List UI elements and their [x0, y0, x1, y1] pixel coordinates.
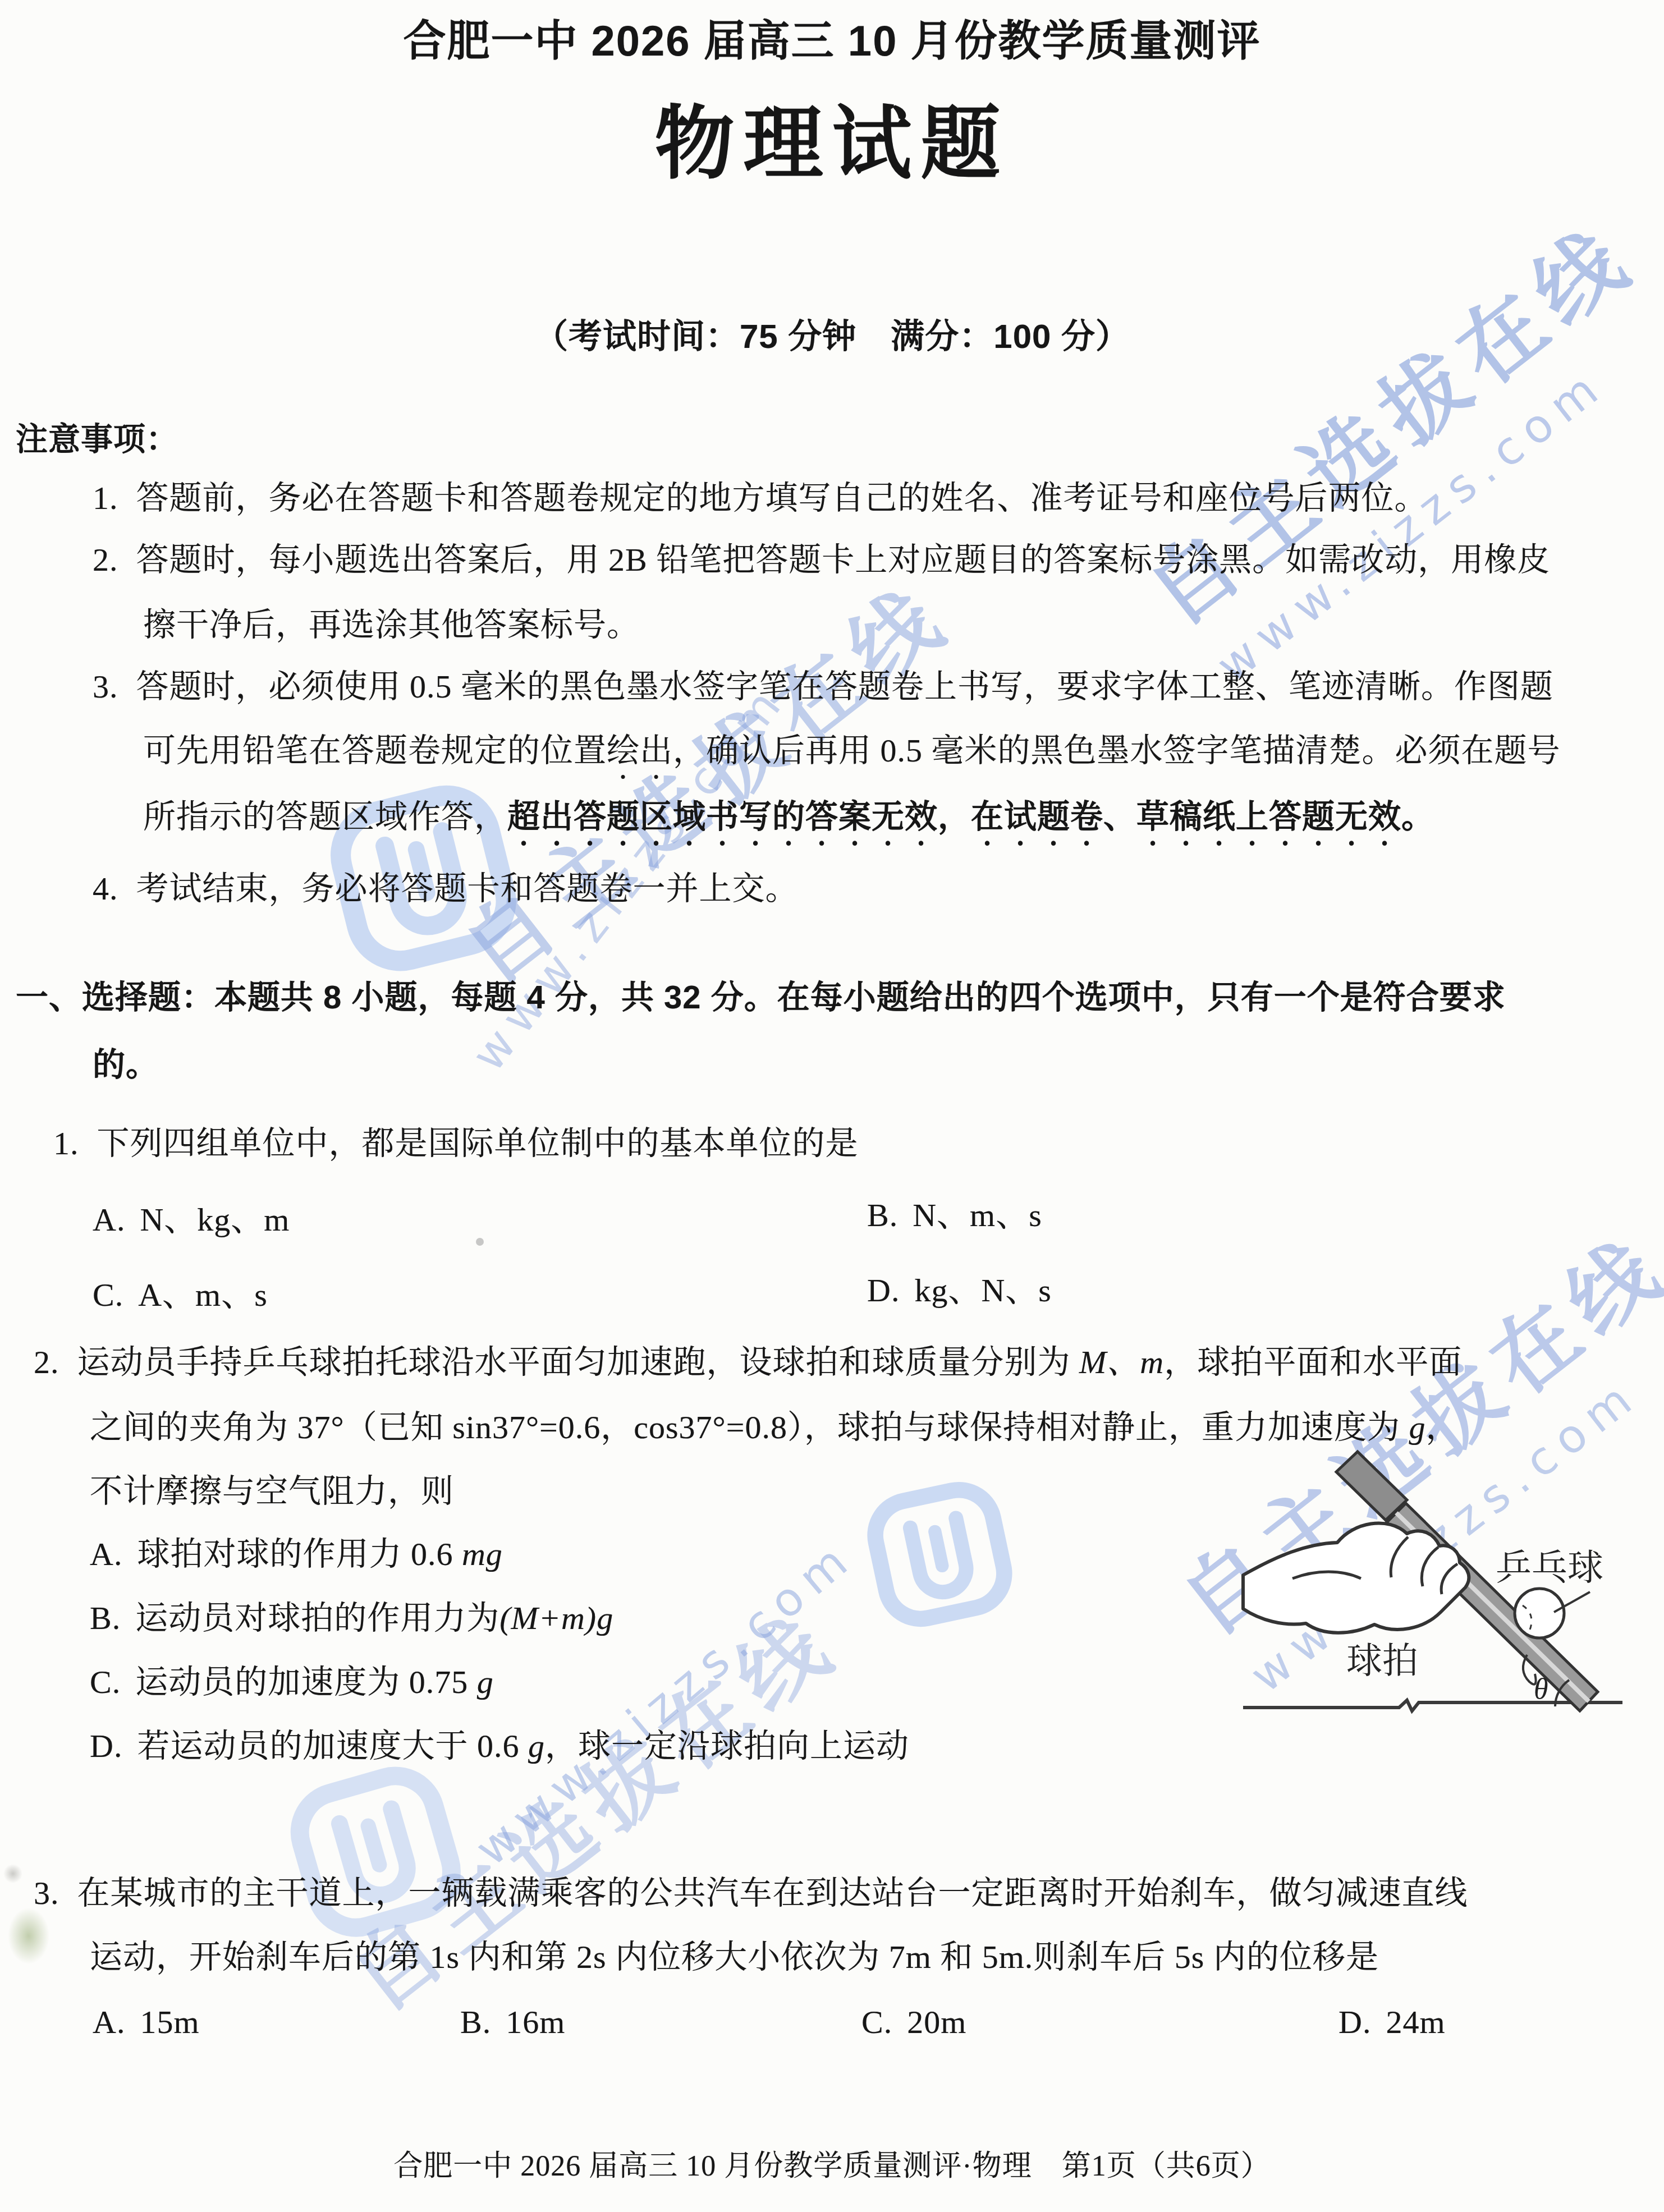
zizzs-logo-icon — [851, 1457, 1029, 1654]
option-a-text: N、kg、m — [140, 1201, 290, 1238]
scan-speck — [476, 1238, 484, 1246]
question-3-text-1: 在某城市的主干道上，一辆载满乘客的公共汽车在到达站台一定距离时开始刹车，做匀减速… — [77, 1875, 1468, 1911]
option-d-text: 若运动员的加速度大于 0.6 — [137, 1728, 528, 1764]
option-b-label: B. — [460, 2002, 491, 2043]
figure-paddle-label: 球拍 — [1346, 1641, 1418, 1681]
question-3-option-d: D.24m — [1338, 2002, 1446, 2043]
page-footer: 合肥一中 2026 届高三 10 月份教学质量测评·物理 第1页（共6页） — [0, 2148, 1664, 2185]
option-a-label: A. — [93, 1200, 125, 1241]
question-2-stem-line-3: 不计摩擦与空气阻力，则 — [90, 1471, 454, 1512]
question-3-stem-line-2: 运动，开始刹车后的第 1s 内和第 2s 内位移大小依次为 7m 和 5m.则刹… — [90, 1937, 1379, 1978]
option-d-text-2: ，球一定沿球拍向上运动 — [545, 1728, 909, 1764]
question-2-option-a: A.球拍对球的作用力 0.6 mg — [90, 1534, 503, 1575]
notice-1-number: 1. — [93, 478, 118, 519]
option-d-text: kg、N、s — [914, 1272, 1051, 1309]
option-c-text: 20m — [907, 2004, 966, 2040]
notice-4-number: 4. — [93, 869, 118, 910]
watermark-url-top-right: www.zizzs.com — [1207, 357, 1616, 693]
question-3-text-2: 运动，开始刹车后的第 1s 内和第 2s 内位移大小依次为 7m 和 5m.则刹… — [90, 1939, 1379, 1975]
question-3-option-b: B.16m — [460, 2002, 565, 2043]
option-c-variable: g — [477, 1664, 494, 1700]
question-3-number: 3. — [34, 1873, 59, 1914]
question-1-option-c: C.A、m、s — [93, 1275, 268, 1316]
option-a-text: 球拍对球的作用力 0.6 — [137, 1536, 462, 1572]
notice-2-text-1: 答题时，每小题选出答案后，用 2B 铅笔把答题卡上对应题目的答案标号涂黑。如需改… — [136, 541, 1551, 578]
question-2-text-2a: 之间的夹角为 37°（已知 sin37°=0.6，cos37°=0.8），球拍与… — [90, 1409, 1409, 1445]
question-2-stem-line-1: 2.运动员手持乒乓球拍托球沿水平面匀加速跑，设球拍和球质量分别为 M、m，球拍平… — [34, 1342, 1462, 1383]
question-2-text-1c: ，球拍平面和水平面 — [1164, 1344, 1462, 1380]
notice-3-text-3a: 所指示的答题区域作答， — [143, 798, 507, 835]
section-1-heading-line-2: 的。 — [93, 1045, 159, 1086]
notice-3-text-2a: 可先用铅笔在答题卷规定的位置 — [143, 732, 607, 769]
exam-header-title: 合肥一中 2026 届高三 10 月份教学质量测评 — [0, 15, 1664, 68]
question-1-stem: 1.下列四组单位中，都是国际单位制中的基本单位的是 — [53, 1123, 859, 1164]
option-c-text: A、m、s — [138, 1277, 268, 1313]
option-a-label: A. — [90, 1534, 122, 1575]
exam-info: （考试时间：75 分钟 满分：100 分） — [0, 315, 1664, 357]
notice-1-text: 答题前，务必在答题卡和答题卷规定的地方填写自己的姓名、准考证号和座位号后两位。 — [136, 480, 1428, 516]
scan-smudge — [3, 1864, 22, 1883]
question-3-stem-line-1: 3.在某城市的主干道上，一辆载满乘客的公共汽车在到达站台一定距离时开始刹车，做匀… — [34, 1873, 1468, 1914]
question-2-number: 2. — [34, 1342, 59, 1383]
notice-4-text: 考试结束，务必将答题卡和答题卷一并上交。 — [136, 870, 799, 907]
option-b-text: N、m、s — [913, 1197, 1042, 1233]
notice-4: 4.考试结束，务必将答题卡和答题卷一并上交。 — [93, 869, 799, 910]
question-2-option-c: C.运动员的加速度为 0.75 g — [90, 1662, 494, 1703]
option-d-text: 24m — [1386, 2004, 1445, 2040]
question-1-option-d: D.kg、N、s — [867, 1270, 1052, 1311]
watermark-url-center: www.zizzs.com — [465, 1529, 865, 1876]
option-d-label: D. — [867, 1270, 900, 1311]
option-b-label: B. — [867, 1195, 898, 1236]
scan-smudge — [8, 1908, 49, 1964]
question-1-number: 1. — [53, 1123, 79, 1164]
option-b-variable: (M+m)g — [499, 1600, 613, 1636]
notice-3-line-1: 3.答题时，必须使用 0.5 毫米的黑色墨水签字笔在答题卷上书写，要求字体工整、… — [93, 667, 1553, 708]
question-1-text: 下列四组单位中，都是国际单位制中的基本单位的是 — [97, 1125, 859, 1162]
option-c-label: C. — [93, 1275, 123, 1316]
question-2-text-1a: 运动员手持乒乓球拍托球沿水平面匀加速跑，设球拍和球质量分别为 — [77, 1344, 1080, 1380]
section-1-heading-line-1: 一、选择题：本题共 8 小题，每题 4 分，共 32 分。在每小题给出的四个选项… — [16, 977, 1506, 1018]
option-b-text: 运动员对球拍的作用力为 — [135, 1600, 499, 1636]
notice-3-text-2b-emphasized: 绘出 — [607, 732, 673, 769]
figure-angle-label: θ — [1534, 1673, 1548, 1705]
question-3-option-a: A.15m — [93, 2002, 200, 2043]
paddle-ball-diagram-icon: 乒乓球 球拍 θ — [1226, 1428, 1642, 1754]
option-b-text: 16m — [506, 2004, 565, 2040]
option-d-variable: g — [528, 1728, 545, 1764]
question-3-option-c: C.20m — [861, 2002, 966, 2043]
option-d-label: D. — [1338, 2002, 1371, 2043]
question-1-option-b: B.N、m、s — [867, 1195, 1042, 1236]
notice-2-number: 2. — [93, 540, 118, 581]
option-c-label: C. — [90, 1662, 121, 1703]
notice-1: 1.答题前，务必在答题卡和答题卷规定的地方填写自己的姓名、准考证号和座位号后两位… — [93, 478, 1428, 519]
exam-paper-page: 自主选拔在线 www.zizzs.com 自主选拔在线 www.zizzs.co… — [0, 0, 1664, 2212]
question-2-option-d: D.若运动员的加速度大于 0.6 g，球一定沿球拍向上运动 — [90, 1726, 909, 1767]
question-2-option-b: B.运动员对球拍的作用力为(M+m)g — [90, 1598, 613, 1639]
option-a-label: A. — [93, 2002, 125, 2043]
question-2-figure: 乒乓球 球拍 θ — [1226, 1428, 1642, 1754]
notice-3-number: 3. — [93, 667, 118, 708]
notices-heading: 注意事项： — [16, 420, 178, 460]
notice-2-line-1: 2.答题时，每小题选出答案后，用 2B 铅笔把答题卡上对应题目的答案标号涂黑。如… — [93, 540, 1550, 581]
option-c-text: 运动员的加速度为 0.75 — [135, 1664, 477, 1700]
notice-3-line-3: 所指示的答题区域作答，超出答题区域书写的答案无效，在试题卷、草稿纸上答题无效。 — [143, 797, 1434, 853]
option-d-label: D. — [90, 1726, 122, 1767]
notice-2-line-2: 擦干净后，再选涂其他答案标号。 — [143, 605, 640, 646]
option-c-label: C. — [861, 2002, 892, 2043]
notice-2-text-2: 擦干净后，再选涂其他答案标号。 — [143, 607, 640, 643]
notice-3-text-2c: ，确认后再用 0.5 毫米的黑色墨水签字笔描清楚。必须在题号 — [673, 732, 1561, 769]
option-b-label: B. — [90, 1598, 121, 1639]
option-a-text: 15m — [140, 2004, 199, 2040]
paper-title: 物理试题 — [0, 94, 1664, 194]
option-a-variable: mg — [462, 1536, 503, 1572]
question-2-variables-Mm: M、m — [1079, 1344, 1164, 1380]
figure-ball-label: 乒乓球 — [1496, 1548, 1603, 1587]
notice-3-text-3b-emphasized: 超出答题区域书写的答案无效，在试题卷、草稿纸上答题无效。 — [507, 798, 1434, 835]
question-2-text-3: 不计摩擦与空气阻力，则 — [90, 1473, 454, 1509]
notice-3-text-1: 答题时，必须使用 0.5 毫米的黑色墨水签字笔在答题卷上书写，要求字体工整、笔迹… — [136, 668, 1554, 705]
zizzs-logo-icon — [272, 1748, 480, 1959]
question-1-option-a: A.N、kg、m — [93, 1200, 290, 1241]
notice-3-line-2: 可先用铅笔在答题卷规定的位置绘出，确认后再用 0.5 毫米的黑色墨水签字笔描清楚… — [143, 731, 1561, 787]
